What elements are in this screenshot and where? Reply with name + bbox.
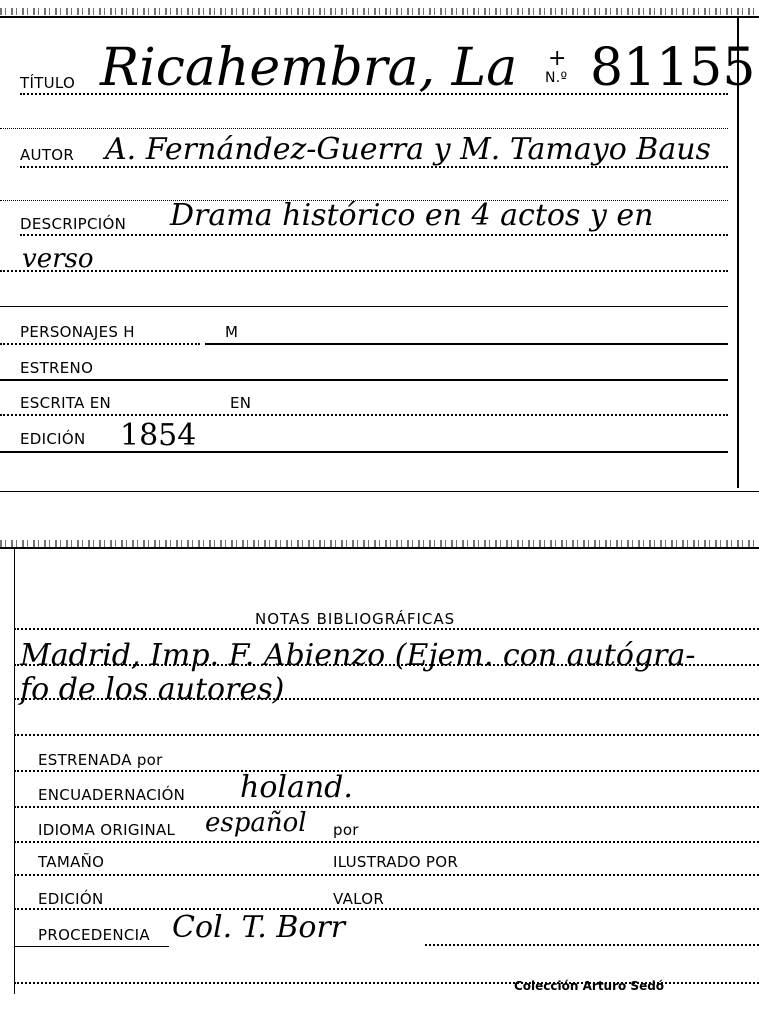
- rule: [425, 944, 759, 946]
- catalog-card-main: TÍTULO Ricahembra, La + N.º 81155 AUTOR …: [0, 0, 759, 495]
- encuadernacion-label: ENCUADERNACIÓN: [38, 786, 185, 804]
- rule: [0, 200, 728, 201]
- rule: [0, 451, 728, 453]
- edicion-label: EDICIÓN: [20, 430, 85, 448]
- rule: [14, 698, 759, 700]
- edicion-value: 1854: [120, 418, 196, 453]
- card-bottom-edge: [0, 491, 759, 492]
- card-top-border: [0, 547, 759, 549]
- titulo-label: TÍTULO: [20, 74, 75, 92]
- rule: [0, 128, 728, 129]
- rule: [205, 343, 728, 345]
- ilustrado-label: ILUSTRADO POR: [333, 853, 458, 871]
- cross-mark: +: [548, 46, 567, 71]
- notes-line1: Madrid, Imp. F. Abienzo (Ejem. con autóg…: [20, 638, 696, 673]
- personajes-m-label: M: [225, 323, 238, 341]
- notes-line2: fo de los autores): [20, 672, 284, 707]
- valor-label: VALOR: [333, 890, 384, 908]
- idioma-por-label: por: [333, 821, 359, 839]
- notes-heading: NOTAS BIBLIOGRÁFICAS: [255, 610, 455, 628]
- rule: [14, 770, 759, 772]
- escrita-label: ESCRITA EN: [20, 394, 111, 412]
- procedencia-value: Col. T. Borr: [172, 910, 345, 945]
- autor-value: A. Fernández-Guerra y M. Tamayo Baus: [105, 132, 711, 167]
- estreno-label: ESTRENO: [20, 359, 93, 377]
- card-edge-texture: [0, 8, 759, 15]
- procedencia-label: PROCEDENCIA: [38, 926, 150, 944]
- escrita-en-label: EN: [230, 394, 251, 412]
- encuadernacion-value: holand.: [240, 770, 353, 805]
- titulo-value: Ricahembra, La: [100, 38, 517, 98]
- rule: [0, 414, 728, 416]
- number-label: N.º: [545, 70, 567, 86]
- rule: [14, 908, 759, 910]
- catalog-card-notes: NOTAS BIBLIOGRÁFICAS Madrid, Imp. F. Abi…: [0, 540, 759, 1028]
- card-top-border: [0, 16, 759, 18]
- rule: [20, 166, 728, 168]
- rule: [0, 270, 728, 272]
- number-value: 81155: [590, 38, 755, 98]
- descripcion-value-line1: Drama histórico en 4 actos y en: [170, 198, 653, 233]
- rule: [14, 874, 759, 876]
- rule: [14, 946, 169, 947]
- rule: [14, 664, 759, 666]
- rule: [14, 806, 759, 808]
- rule: [20, 234, 728, 236]
- edicion-label-2: EDICIÓN: [38, 890, 103, 908]
- rule: [14, 734, 759, 736]
- rule: [14, 628, 759, 630]
- rule: [0, 379, 728, 381]
- collection-footer: Colección Arturo Sedó: [514, 979, 664, 993]
- rule: [0, 306, 728, 307]
- descripcion-label: DESCRIPCIÓN: [20, 215, 126, 233]
- rule: [0, 343, 200, 345]
- idioma-value: español: [205, 808, 307, 838]
- tamano-label: TAMAÑO: [38, 853, 104, 871]
- rule: [20, 93, 728, 95]
- rule: [14, 841, 759, 843]
- estrenada-label: ESTRENADA por: [38, 751, 163, 769]
- autor-label: AUTOR: [20, 146, 74, 164]
- card-edge-texture: [0, 540, 759, 547]
- idioma-label: IDIOMA ORIGINAL: [38, 821, 175, 839]
- personajes-h-label: PERSONAJES H: [20, 323, 135, 341]
